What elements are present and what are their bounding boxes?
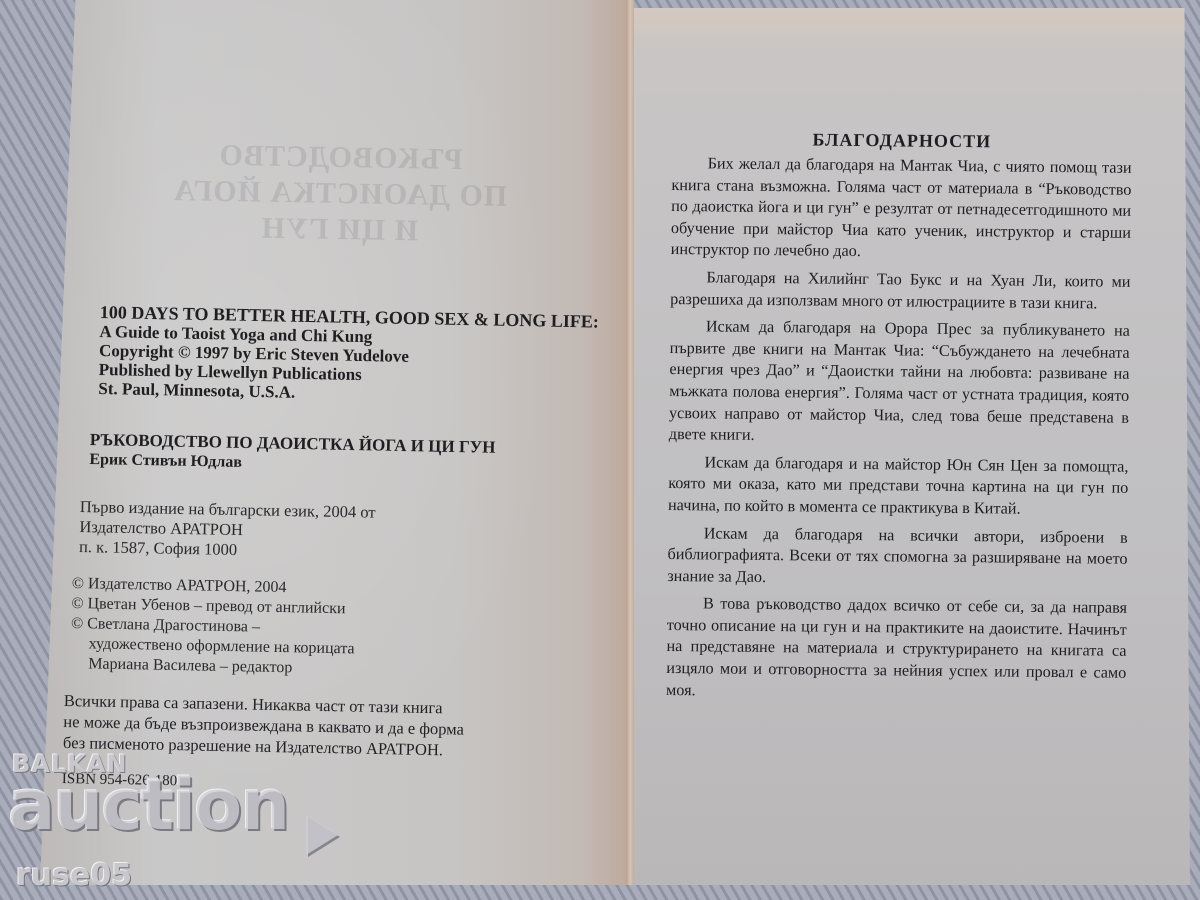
bleed-line: И ЦИ ГУН (149, 209, 530, 252)
original-edition-info: 100 DAYS TO BETTER HEALTH, GOOD SEX & LO… (98, 303, 599, 408)
paragraph: Благодаря на Хилийнг Тао Букс и на Хуан … (670, 267, 1130, 315)
play-arrow-icon (306, 815, 338, 855)
credits: © Издателство АРАТРОН, 2004 © Цветан Убе… (70, 574, 356, 679)
book-spine (626, 0, 634, 885)
paragraph: Искам да благодаря и на майстор Юн Сян Ц… (668, 452, 1129, 522)
bleed-line: ПО ДАОИСТКА ЙОГА (150, 173, 531, 216)
watermark-auction: auction (8, 764, 288, 846)
watermark-username: ruse05 (16, 858, 132, 893)
bleed-through-text: РЪКОВОДСТВО ПО ДАОИСТКА ЙОГА И ЦИ ГУН (149, 137, 531, 252)
paragraph: Бих желал да благодаря на Мантак Чиа, с … (671, 153, 1132, 266)
bulgarian-title-block: РЪКОВОДСТВО ПО ДАОИСТКА ЙОГА И ЦИ ГУН Ер… (89, 430, 495, 478)
edition-info: Първо издание на български език, 2004 от… (79, 497, 376, 563)
paragraph: Искам да благодаря на всички автори, изб… (667, 522, 1128, 592)
acknowledgements: БЛАГОДАРНОСТИ Бих желал да благодаря на … (666, 128, 1132, 712)
acknowledgements-heading: БЛАГОДАРНОСТИ (672, 128, 1132, 154)
paragraph: В това ръководство дадох всичко от себе … (666, 593, 1127, 706)
paragraph: Искам да благодаря на Орора Прес за публ… (669, 316, 1130, 450)
book-photo: РЪКОВОДСТВО ПО ДАОИСТКА ЙОГА И ЦИ ГУН 10… (0, 0, 1200, 900)
